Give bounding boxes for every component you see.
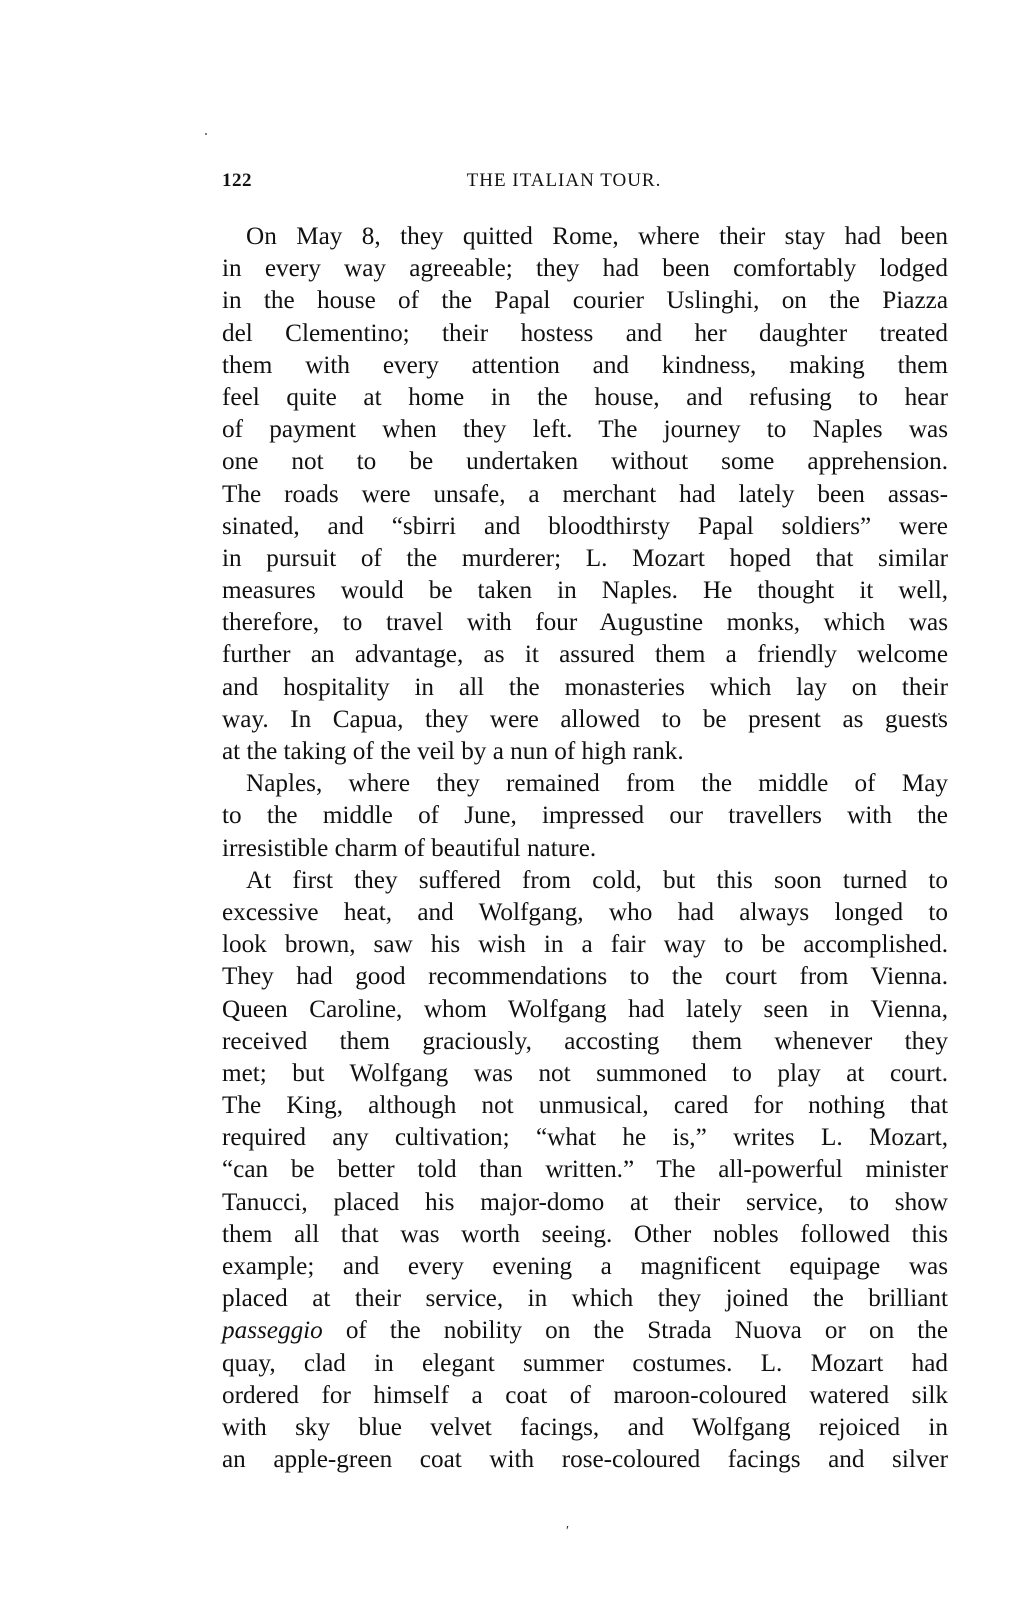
signature-mark: ′ — [566, 1524, 569, 1540]
text-line: way. In Capua, they were allowed to be p… — [222, 704, 948, 736]
text-line: irresistible charm of beautiful nature. — [222, 833, 948, 865]
text-line: At first they suffered from cold, but th… — [222, 865, 948, 897]
text-line: del Clementino; their hostess and her da… — [222, 318, 948, 350]
scan-speck — [205, 133, 207, 135]
paragraph-2: Naples, where they remained from the mid… — [222, 768, 948, 865]
text-line: ordered for himself a coat of maroon-col… — [222, 1380, 948, 1412]
text-line: them all that was worth seeing. Other no… — [222, 1219, 948, 1251]
text-line: They had good recommendations to the cou… — [222, 961, 948, 993]
text-line: Naples, where they remained from the mid… — [222, 768, 948, 800]
text-line: Tanucci, placed his major-domo at their … — [222, 1187, 948, 1219]
text-line: measures would be taken in Naples. He th… — [222, 575, 948, 607]
text-line: at the taking of the veil by a nun of hi… — [222, 736, 948, 768]
text-line: in the house of the Papal courier Usling… — [222, 285, 948, 317]
text-line: therefore, to travel with four Augustine… — [222, 607, 948, 639]
text-line: them with every attention and kindness, … — [222, 350, 948, 382]
text-line: one not to be undertaken without some ap… — [222, 446, 948, 478]
running-title: THE ITALIAN TOUR. — [222, 170, 946, 192]
text-line: and hospitality in all the monasteries w… — [222, 672, 948, 704]
text-line: feel quite at home in the house, and ref… — [222, 382, 948, 414]
text-line: to the middle of June, impressed our tra… — [222, 800, 948, 832]
text-line: with sky blue velvet facings, and Wolfga… — [222, 1412, 948, 1444]
text-line: look brown, saw his wish in a fair way t… — [222, 929, 948, 961]
text-line-rest: of the nobility on the Strada Nuova or o… — [346, 1317, 948, 1344]
text-line: of payment when they left. The journey t… — [222, 414, 948, 446]
text-line-with-italic: passeggio of the nobility on the Strada … — [222, 1315, 948, 1347]
text-line: example; and every evening a magnificent… — [222, 1251, 948, 1283]
text-line: “can be better told than written.” The a… — [222, 1154, 948, 1186]
paragraph-1: On May 8, they quitted Rome, where their… — [222, 221, 948, 768]
text-line: in pursuit of the murderer; L. Mozart ho… — [222, 543, 948, 575]
text-line: received them graciously, accosting them… — [222, 1026, 948, 1058]
text-line: The roads were unsafe, a merchant had la… — [222, 479, 948, 511]
text-line: On May 8, they quitted Rome, where their… — [222, 221, 948, 253]
italic-word: passeggio — [222, 1317, 323, 1344]
text-line: The King, although not unmusical, cared … — [222, 1090, 948, 1122]
paragraph-3: At first they suffered from cold, but th… — [222, 865, 948, 1477]
text-line: quay, clad in elegant summer costumes. L… — [222, 1348, 948, 1380]
text-line: further an advantage, as it assured them… — [222, 639, 948, 671]
running-head: 122 THE ITALIAN TOUR. — [222, 170, 946, 194]
text-line: excessive heat, and Wolfgang, who had al… — [222, 897, 948, 929]
text-line: sinated, and “sbirri and bloodthirsty Pa… — [222, 511, 948, 543]
text-line: required any cultivation; “what he is,” … — [222, 1122, 948, 1154]
text-line: Queen Caroline, whom Wolfgang had lately… — [222, 994, 948, 1026]
text-line: met; but Wolfgang was not summoned to pl… — [222, 1058, 948, 1090]
text-line: placed at their service, in which they j… — [222, 1283, 948, 1315]
body-text: On May 8, they quitted Rome, where their… — [222, 221, 948, 1476]
text-line: an apple-green coat with rose-coloured f… — [222, 1444, 948, 1476]
text-line: in every way agreeable; they had been co… — [222, 253, 948, 285]
